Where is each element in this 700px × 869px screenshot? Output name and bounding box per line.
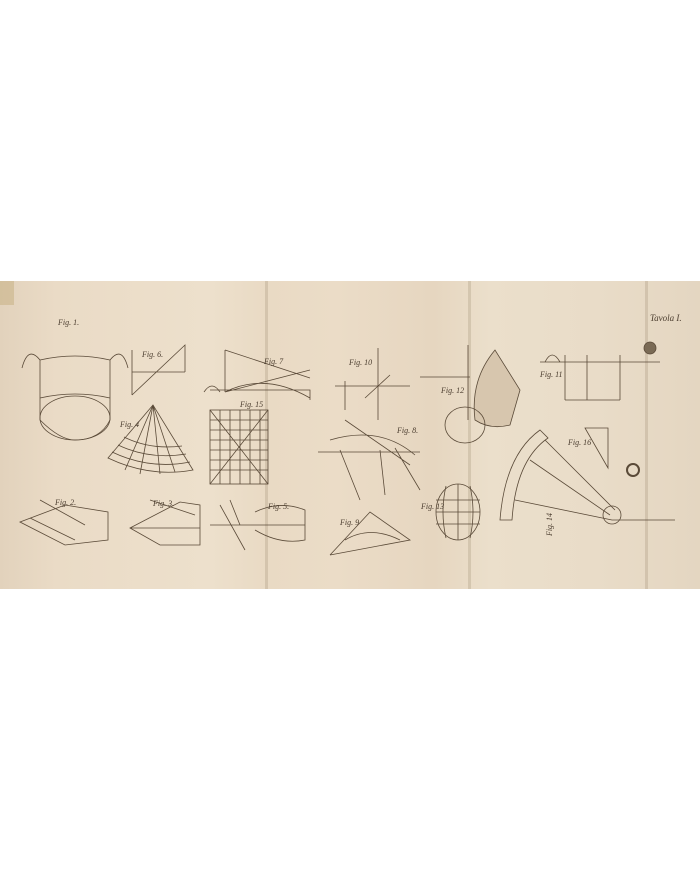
fig-15-drawing	[210, 410, 268, 484]
plate-drawings	[0, 0, 700, 869]
fig-1-label: Fig. 1.	[58, 318, 79, 327]
fig-10-drawing	[335, 348, 410, 420]
fig-13-drawing	[436, 484, 480, 540]
fig-4-drawing	[108, 405, 193, 474]
fig-16-label: Fig. 16	[568, 438, 591, 447]
fig-12-label: Fig. 12	[441, 386, 464, 395]
fig-9-label: Fig. 9	[340, 518, 359, 527]
fig-2-label: Fig. 2.	[55, 498, 76, 507]
fig-13-label: Fig. 13	[421, 502, 444, 511]
fig-10-label: Fig. 10	[349, 358, 372, 367]
fig-15-label: Fig. 15	[240, 400, 263, 409]
fig-3-label: Fig. 3.	[153, 499, 174, 508]
fig-12-drawing	[420, 345, 520, 443]
fig-5-drawing	[210, 500, 305, 550]
fig-5-label: Fig. 5.	[268, 502, 289, 511]
fig-7-drawing	[204, 350, 310, 400]
fig-16-drawing	[585, 428, 608, 468]
fig-14-label: Fig. 14	[545, 513, 554, 536]
fig-11-label: Fig. 11	[540, 370, 563, 379]
fig-4-label: Fig. 4	[120, 420, 139, 429]
fig-7-label: Fig. 7	[264, 357, 283, 366]
fig-8-label: Fig. 8.	[397, 426, 418, 435]
fig-6-label: Fig. 6.	[142, 350, 163, 359]
plate-title: Tavola I.	[650, 313, 682, 323]
fig-1-drawing	[22, 354, 128, 440]
sun-drawing	[627, 464, 639, 476]
